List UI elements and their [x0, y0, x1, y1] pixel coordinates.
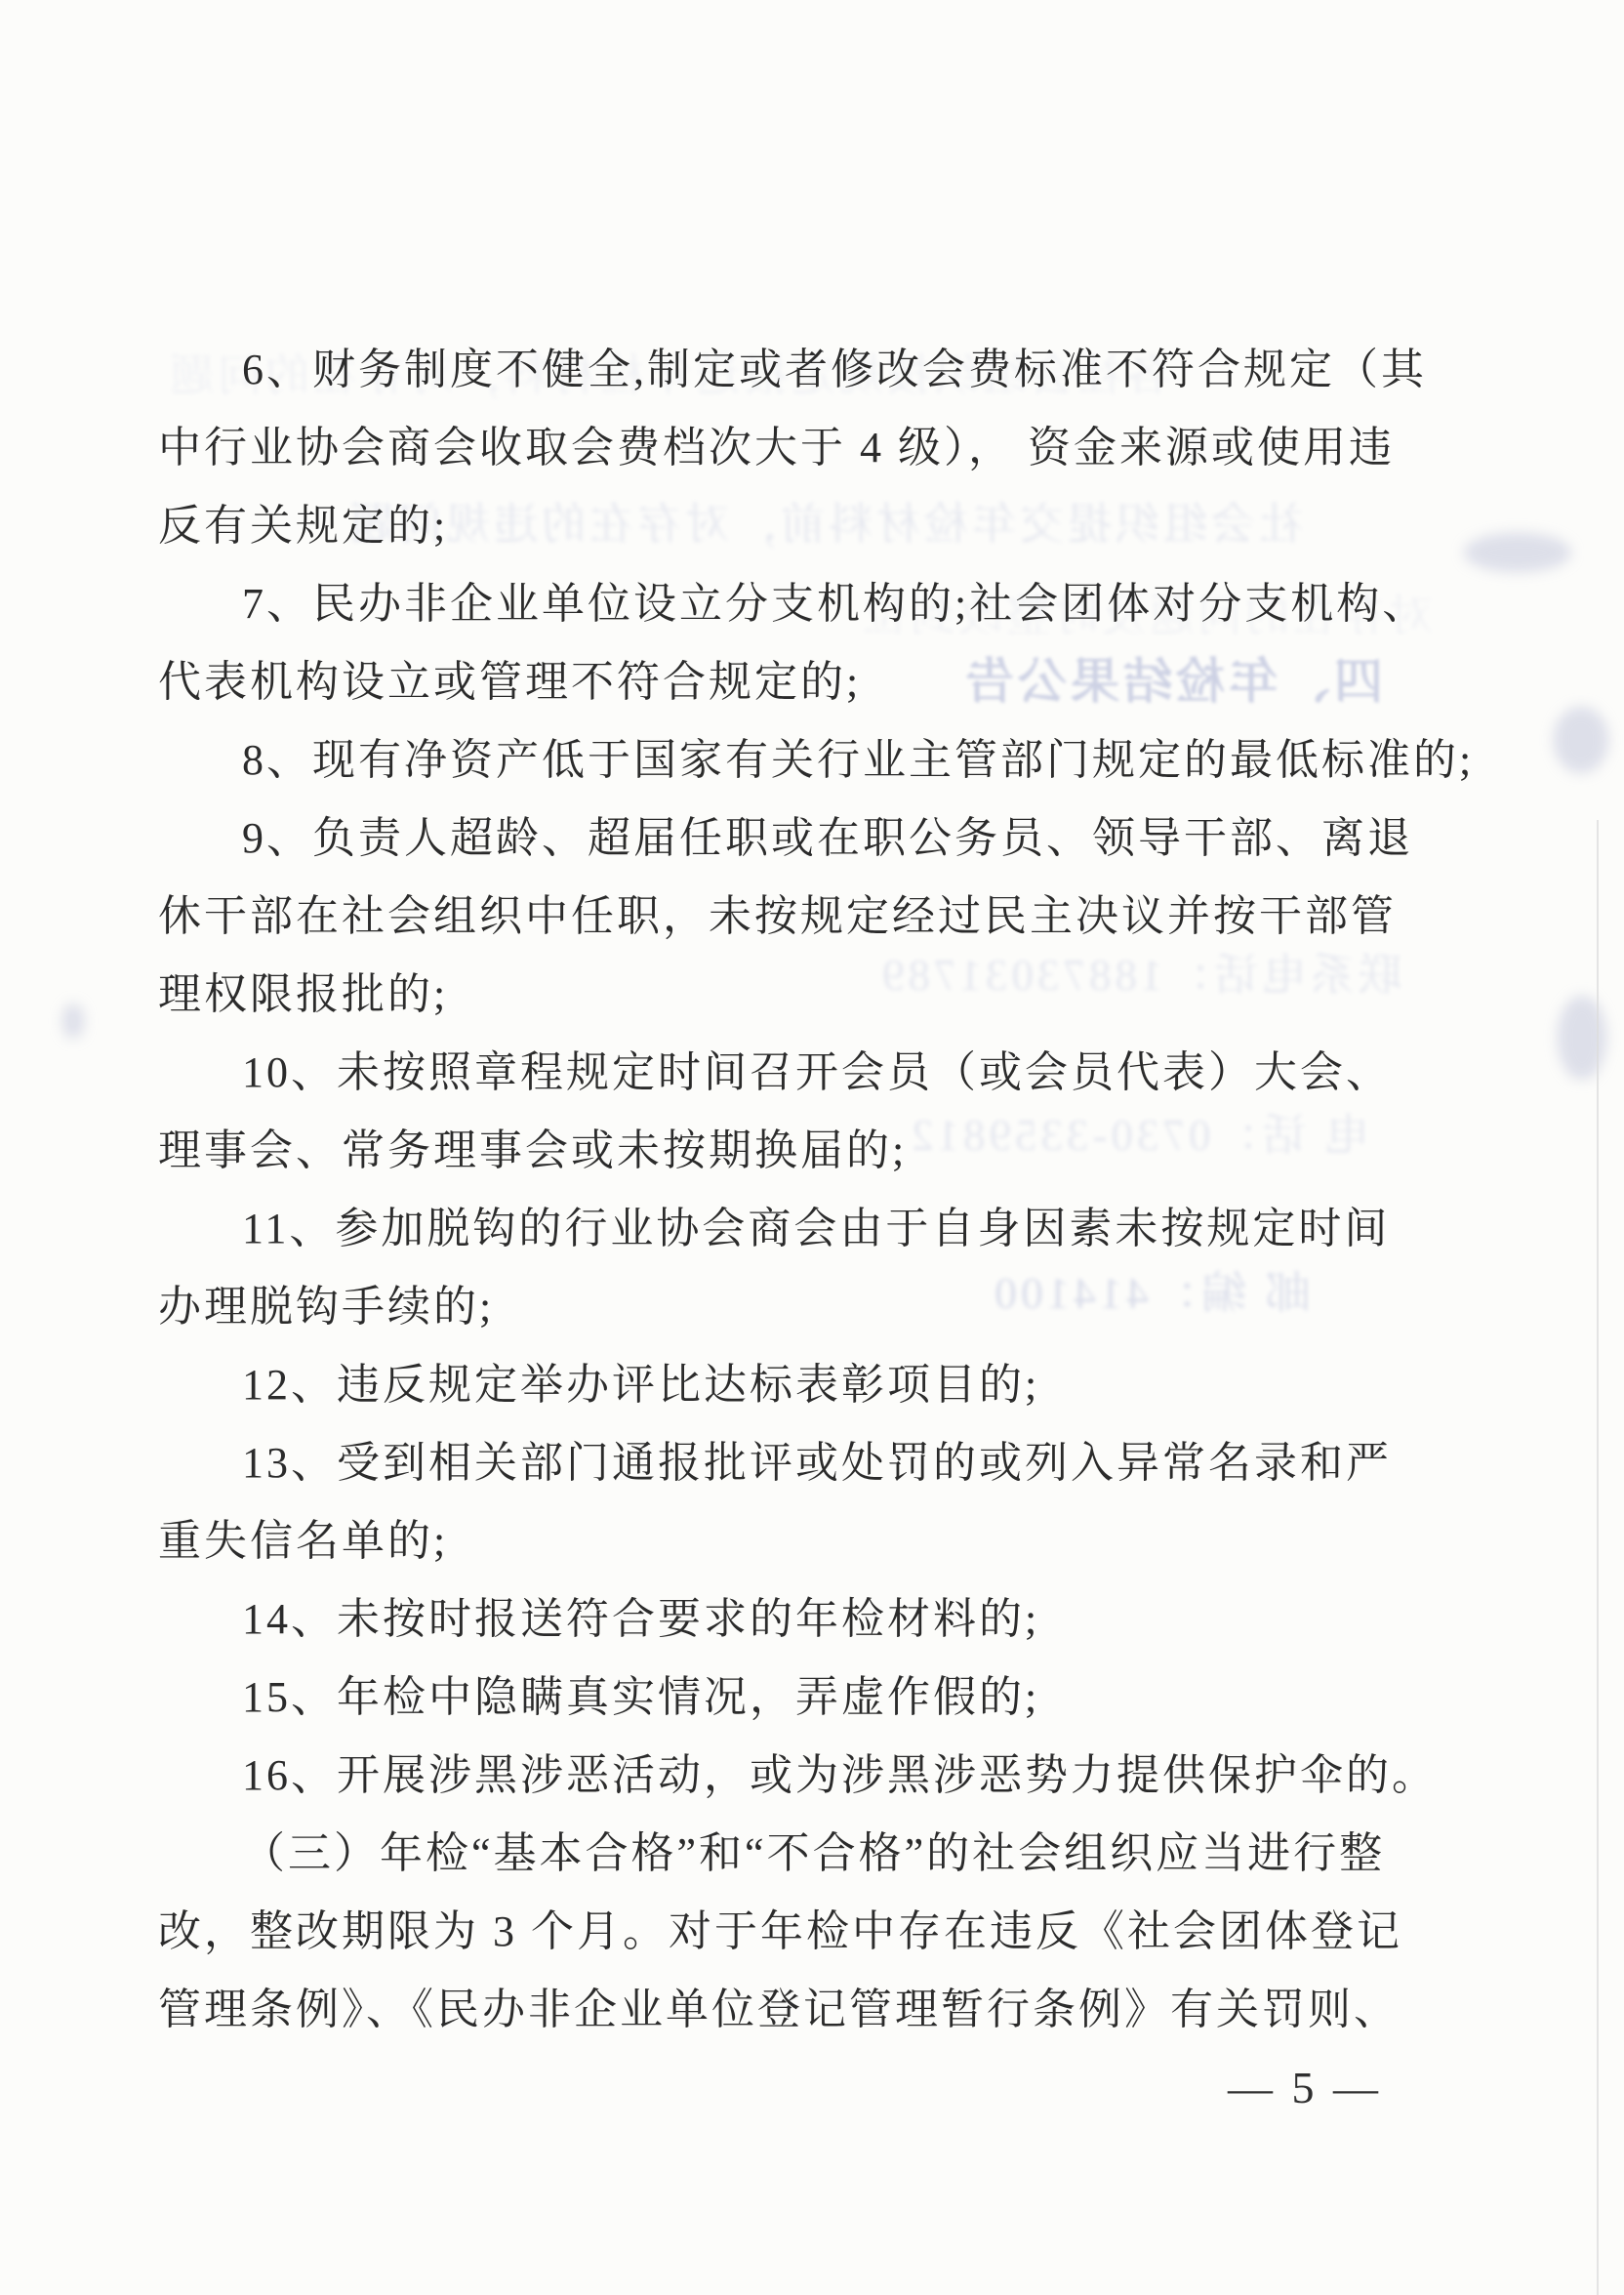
text-line: 休干部在社会组织中任职，未按规定经过民主决议并按干部管 [158, 890, 1397, 943]
scan-smudge [62, 1004, 84, 1039]
bleed-text: 社会组织提交年检材料前，对存在的违规问题 [346, 488, 1303, 552]
text-line: 7、民办非企业单位设立分支机构的;社会团体对分支机构、 [242, 578, 1428, 631]
text-line: 16、开展涉黑涉恶活动，或为涉黑涉恶势力提供保护伞的。 [242, 1749, 1438, 1802]
text-line: 反有关规定的; [158, 500, 448, 553]
text-line: 办理脱钩手续的; [158, 1281, 494, 1333]
bleed-heading-text: 四、年检结果公告 [961, 642, 1383, 713]
text-line: 8、现有净资产低于国家有关行业主管部门规定的最低标准的; [242, 734, 1474, 787]
text-line: 12、违反规定举办评比达标表彰项目的; [242, 1359, 1039, 1412]
scan-edge-line [1597, 820, 1599, 2295]
bleed-text: 联系电话：18873031789 [878, 939, 1402, 1003]
text-line: 15、年检中隐瞒真实情况，弄虚作假的; [242, 1671, 1039, 1724]
text-line: 11、参加脱钩的行业协会商会由于自身因素未按规定时间 [242, 1203, 1390, 1255]
text-line: 10、未按照章程规定时间召开会员（或会员代表）大会、 [242, 1046, 1392, 1099]
text-line: 13、受到相关部门通报批评或处罚的或列入异常名录和严 [242, 1437, 1392, 1490]
text-line: 理事会、常务理事会或未按期换届的; [158, 1125, 907, 1177]
text-line: 中行业协会商会收取会费档次大于 4 级）， 资金来源或使用违 [158, 422, 1395, 474]
text-line: 理权限报批的; [158, 968, 448, 1021]
scan-smudge [1558, 996, 1606, 1080]
text-line: 6、财务制度不健全,制定或者修改会费标准不符合规定（其 [242, 344, 1427, 396]
text-line: 重失信名单的; [158, 1515, 448, 1568]
scan-smudge [1554, 707, 1608, 773]
text-line: 改，整改期限为 3 个月。对于年检中存在违反《社会团体登记 [158, 1906, 1402, 1958]
page-number: — 5 — [1228, 2062, 1382, 2113]
text-line: 9、负责人超龄、超届任职或在职公务员、领导干部、离退 [242, 812, 1413, 865]
bleed-text: 电 话：0730-3359812 [908, 1099, 1369, 1163]
text-line: 14、未按时报送符合要求的年检材料的; [242, 1593, 1039, 1646]
text-line: 管理条例》、《民办非企业单位登记管理暂行条例》有关罚则、 [158, 1984, 1400, 2036]
document-page: 各社会组织按规定报送年检材料，对存在的问题 社会组织提交年检材料前，对存在的违规… [0, 0, 1624, 2295]
text-line: 代表机构设立或管理不符合规定的; [158, 656, 861, 709]
text-line: （三）年检“基本合格”和“不合格”的社会组织应当进行整 [242, 1827, 1385, 1880]
scan-smudge [1464, 533, 1571, 572]
bleed-text: 邮 编：414100 [991, 1257, 1311, 1322]
